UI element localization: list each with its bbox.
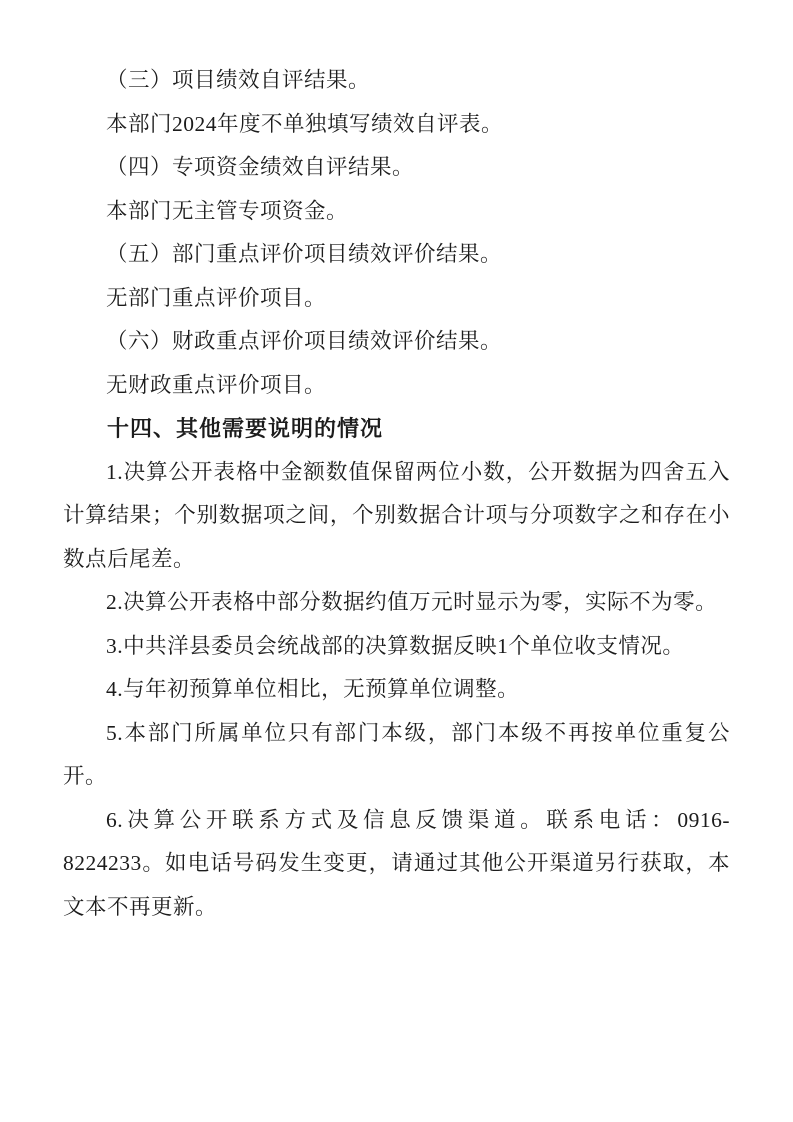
paragraph-subsection-6-body: 无财政重点评价项目。 [63,364,730,408]
paragraph-note-4: 4.与年初预算单位相比，无预算单位调整。 [63,668,730,712]
paragraph-note-2: 2.决算公开表格中部分数据约值万元时显示为零，实际不为零。 [63,581,730,625]
paragraph-subsection-5-title: （五）部门重点评价项目绩效评价结果。 [63,233,730,277]
paragraph-subsection-4-body: 本部门无主管专项资金。 [63,190,730,234]
paragraph-note-6-contact: 6.决算公开联系方式及信息反馈渠道。联系电话：0916-8224233。如电话号… [63,799,730,930]
section-heading-14: 十四、其他需要说明的情况 [63,407,730,451]
paragraph-note-1: 1.决算公开表格中金额数值保留两位小数，公开数据为四舍五入计算结果；个别数据项之… [63,451,730,582]
paragraph-note-3: 3.中共洋县委员会统战部的决算数据反映1个单位收支情况。 [63,625,730,669]
paragraph-subsection-3-title: （三）项目绩效自评结果。 [63,59,730,103]
paragraph-subsection-3-body: 本部门2024年度不单独填写绩效自评表。 [63,103,730,147]
paragraph-subsection-5-body: 无部门重点评价项目。 [63,277,730,321]
paragraph-subsection-6-title: （六）财政重点评价项目绩效评价结果。 [63,320,730,364]
document-page: （三）项目绩效自评结果。 本部门2024年度不单独填写绩效自评表。 （四）专项资… [0,0,793,1122]
paragraph-note-5: 5.本部门所属单位只有部门本级，部门本级不再按单位重复公开。 [63,712,730,799]
paragraph-subsection-4-title: （四）专项资金绩效自评结果。 [63,146,730,190]
